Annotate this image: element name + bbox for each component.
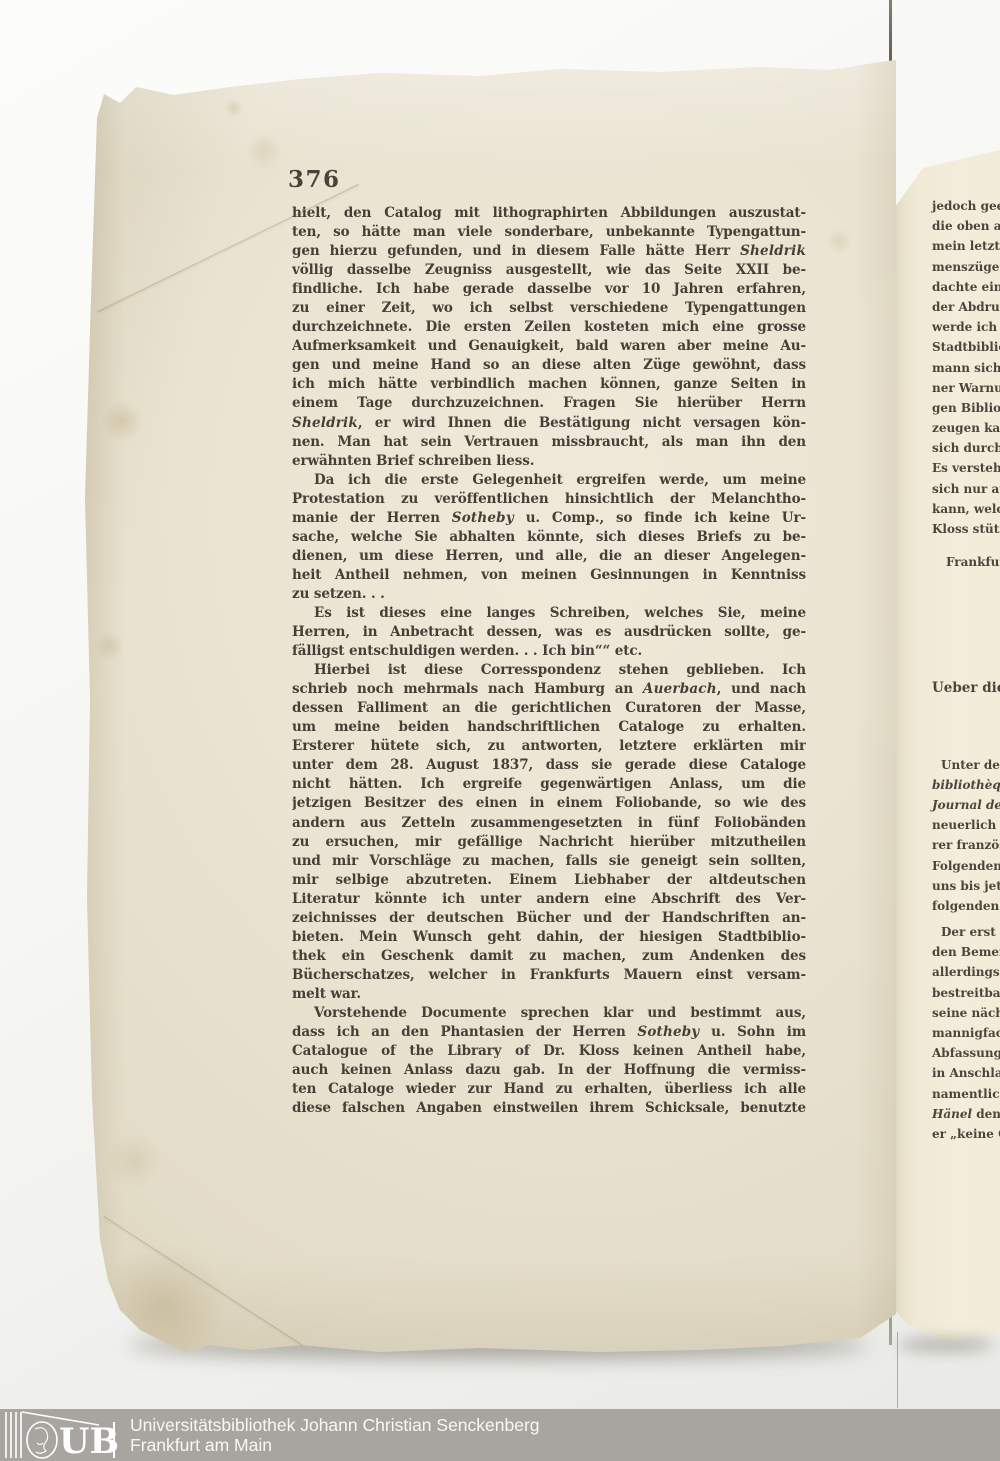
text-line: nicht hätten. Ich ergreife gegenwärtigen… bbox=[292, 775, 806, 794]
text-line: thek ein Geschenk damit zu machen, zum A… bbox=[292, 947, 806, 966]
text-line: gen hierzu gefunden, und in diesem Falle… bbox=[292, 242, 806, 261]
text-line: Unter de bbox=[932, 755, 1000, 775]
text-line: sich durch d bbox=[932, 438, 1000, 458]
text-line: sich nur auf bbox=[932, 479, 1000, 499]
text-line: folgenden s bbox=[932, 896, 1000, 916]
text-line: mannigfache bbox=[932, 1023, 1000, 1043]
text-line: Literatur könnte ich unter andern eine A… bbox=[292, 890, 806, 909]
text-line: die oben an bbox=[932, 216, 1000, 236]
text-line: bibliothèques bbox=[932, 775, 1000, 795]
text-line: Der erst bbox=[932, 922, 1000, 942]
ub-logo-text: UB bbox=[59, 1421, 119, 1461]
text-line: Ueber die N bbox=[932, 678, 1000, 698]
text-line: mein letztes bbox=[932, 236, 1000, 256]
text-line: zeichnisses der deutschen Bücher und der… bbox=[292, 909, 806, 928]
text-line: Es versteht bbox=[932, 458, 1000, 478]
text-line: melt war. bbox=[292, 985, 806, 1004]
text-line: findliche. Ich habe gerade dasselbe vor … bbox=[292, 280, 806, 299]
text-line: unter dem 28. August 1837, dass sie gera… bbox=[292, 756, 806, 775]
library-city: Frankfurt am Main bbox=[130, 1435, 540, 1455]
text-line: Sheldrik, er wird Ihnen die Bestätigung … bbox=[292, 414, 806, 433]
text-line: Hänel den bbox=[932, 1104, 1000, 1124]
text-line: zu ersuchen, mir gefällige Nachricht hie… bbox=[292, 833, 806, 852]
text-line: menszüge pa bbox=[932, 257, 1000, 277]
text-line: Folgenden bbox=[932, 856, 1000, 876]
facing-page-shadow bbox=[898, 1338, 993, 1352]
text-line: und mir Vorschläge zu machen, falls sie … bbox=[292, 852, 806, 871]
text-line: schrieb noch mehrmals nach Hamburg an Au… bbox=[292, 680, 806, 699]
library-name: Universitätsbibliothek Johann Christian … bbox=[130, 1415, 540, 1435]
text-line: kann, welch bbox=[932, 499, 1000, 519]
text-line: nen. Man hat sein Vertrauen missbraucht,… bbox=[292, 433, 806, 452]
text-line: zu einer Zeit, wo ich selbst verschieden… bbox=[292, 299, 806, 318]
text-line: bieten. Mein Wunsch geht dahin, der hies… bbox=[292, 928, 806, 947]
book-gutter-line-lower bbox=[897, 1332, 898, 1408]
facing-text-block: Ueber die N bbox=[932, 678, 1000, 698]
text-line: Stadtbiblioth bbox=[932, 337, 1000, 357]
text-line: bestreitbare bbox=[932, 983, 1000, 1003]
text-line: seine nächst bbox=[932, 1003, 1000, 1023]
text-line: dienen, um diese Herren, und alle, die a… bbox=[292, 547, 806, 566]
facing-text-block: Frankfurt bbox=[932, 552, 1000, 572]
text-line: Bücherschatzes, welcher in Frankfurts Ma… bbox=[292, 966, 806, 985]
text-line: Journal des bbox=[932, 795, 1000, 815]
text-line: neuerlich an bbox=[932, 815, 1000, 835]
text-line: dessen Falliment an die gerichtlichen Cu… bbox=[292, 699, 806, 718]
text-line: Vorstehende Documente sprechen klar und … bbox=[292, 1004, 806, 1023]
text-line: Catalogue of the Library of Dr. Kloss ke… bbox=[292, 1042, 806, 1061]
page-text-block: hielt, den Catalog mit lithographirten A… bbox=[292, 204, 806, 1118]
text-line: ich mich hätte verbindlich machen können… bbox=[292, 375, 806, 394]
text-line: der Abdruck bbox=[932, 297, 1000, 317]
footer-banner: UB Universitätsbibliothek Johann Christi… bbox=[0, 1409, 1000, 1461]
text-line: hielt, den Catalog mit lithographirten A… bbox=[292, 204, 806, 223]
text-line: Herren, in Anbetracht dessen, was es aus… bbox=[292, 623, 806, 642]
text-line: in Anschlag bbox=[932, 1063, 1000, 1083]
facing-text-block: jedoch geeigdie oben anmein letztesmensz… bbox=[932, 196, 1000, 539]
text-line: zeugen kann bbox=[932, 418, 1000, 438]
text-line: Abfassung bbox=[932, 1043, 1000, 1063]
page-number: 376 bbox=[288, 166, 341, 193]
text-line: fälligst entschuldigen werden. . . Ich b… bbox=[292, 642, 806, 661]
text-line: mann sich de bbox=[932, 358, 1000, 378]
text-line: heit Antheil nehmen, von meinen Gesinnun… bbox=[292, 566, 806, 585]
text-line: zu setzen. . . bbox=[292, 585, 806, 604]
text-line: Protestation zu veröffentlichen hinsicht… bbox=[292, 490, 806, 509]
text-line: Da ich die erste Gelegenheit ergreifen w… bbox=[292, 471, 806, 490]
text-line: Kloss stütze bbox=[932, 519, 1000, 539]
library-name-block: Universitätsbibliothek Johann Christian … bbox=[130, 1415, 540, 1455]
text-line: Frankfurt bbox=[932, 552, 1000, 572]
text-line: Es ist dieses eine langes Schreiben, wel… bbox=[292, 604, 806, 623]
text-line: jedoch geeig bbox=[932, 196, 1000, 216]
text-line: manie der Herren Sotheby u. Comp., so fi… bbox=[292, 509, 806, 528]
text-line: auch keinen Anlass dazu gab. In der Hoff… bbox=[292, 1061, 806, 1080]
text-line: werde ich di bbox=[932, 317, 1000, 337]
scan-viewer: 376 hielt, den Catalog mit lithographirt… bbox=[0, 0, 1000, 1461]
text-line: völlig dasselbe Zeugniss ausgestellt, wi… bbox=[292, 261, 806, 280]
facing-page-text: jedoch geeigdie oben anmein letztesmensz… bbox=[932, 196, 1000, 1144]
text-line: dachte einer bbox=[932, 277, 1000, 297]
text-line: den Bemerk bbox=[932, 942, 1000, 962]
text-line: ner Warnung bbox=[932, 378, 1000, 398]
text-line: andern aus Zetteln zusammengesetzten in … bbox=[292, 814, 806, 833]
text-line: durchzeichnete. Die ersten Zeilen kostet… bbox=[292, 318, 806, 337]
text-line: er „keine G bbox=[932, 1124, 1000, 1144]
text-line: erwähnten Brief schreiben liess. bbox=[292, 452, 806, 471]
facing-text-block: Unter debibliothèquesJournal desneuerlic… bbox=[932, 755, 1000, 917]
text-line: uns bis jetz bbox=[932, 876, 1000, 896]
text-line: Aufmerksamkeit und Genauigkeit, bald war… bbox=[292, 337, 806, 356]
text-line: Ersterer hütete sich, zu antworten, letz… bbox=[292, 737, 806, 756]
facing-text-block: Der erstden Bemerkallerdings gbestreitba… bbox=[932, 922, 1000, 1144]
book-page: 376 hielt, den Catalog mit lithographirt… bbox=[84, 56, 896, 1360]
text-line: mir selbige abzutreten. Einem Liebhaber … bbox=[292, 871, 806, 890]
text-line: rer französis bbox=[932, 835, 1000, 855]
text-line: jetzigen Besitzer des einen in einem Fol… bbox=[292, 794, 806, 813]
text-line: sache, welche Sie abhalten könnte, sich … bbox=[292, 528, 806, 547]
text-line: diese falschen Angaben einstweilen ihrem… bbox=[292, 1099, 806, 1118]
text-line: einem Tage durchzuzeichnen. Fragen Sie h… bbox=[292, 394, 806, 413]
text-line: Hierbei ist diese Corresspondenz stehen … bbox=[292, 661, 806, 680]
text-line: allerdings g bbox=[932, 962, 1000, 982]
ub-goethe-head-logo-icon: UB bbox=[2, 1409, 120, 1461]
text-line: gen und meine Hand so an diese alten Züg… bbox=[292, 356, 806, 375]
text-line: ten, so hätte man viele sonderbare, unbe… bbox=[292, 223, 806, 242]
text-line: gen Biblioth bbox=[932, 398, 1000, 418]
text-line: um meine beiden handschriftlichen Catalo… bbox=[292, 718, 806, 737]
text-line: ten Cataloge wieder zur Hand zu erhalten… bbox=[292, 1080, 806, 1099]
text-line: dass ich an den Phantasien der Herren So… bbox=[292, 1023, 806, 1042]
text-line: namentlich bbox=[932, 1084, 1000, 1104]
